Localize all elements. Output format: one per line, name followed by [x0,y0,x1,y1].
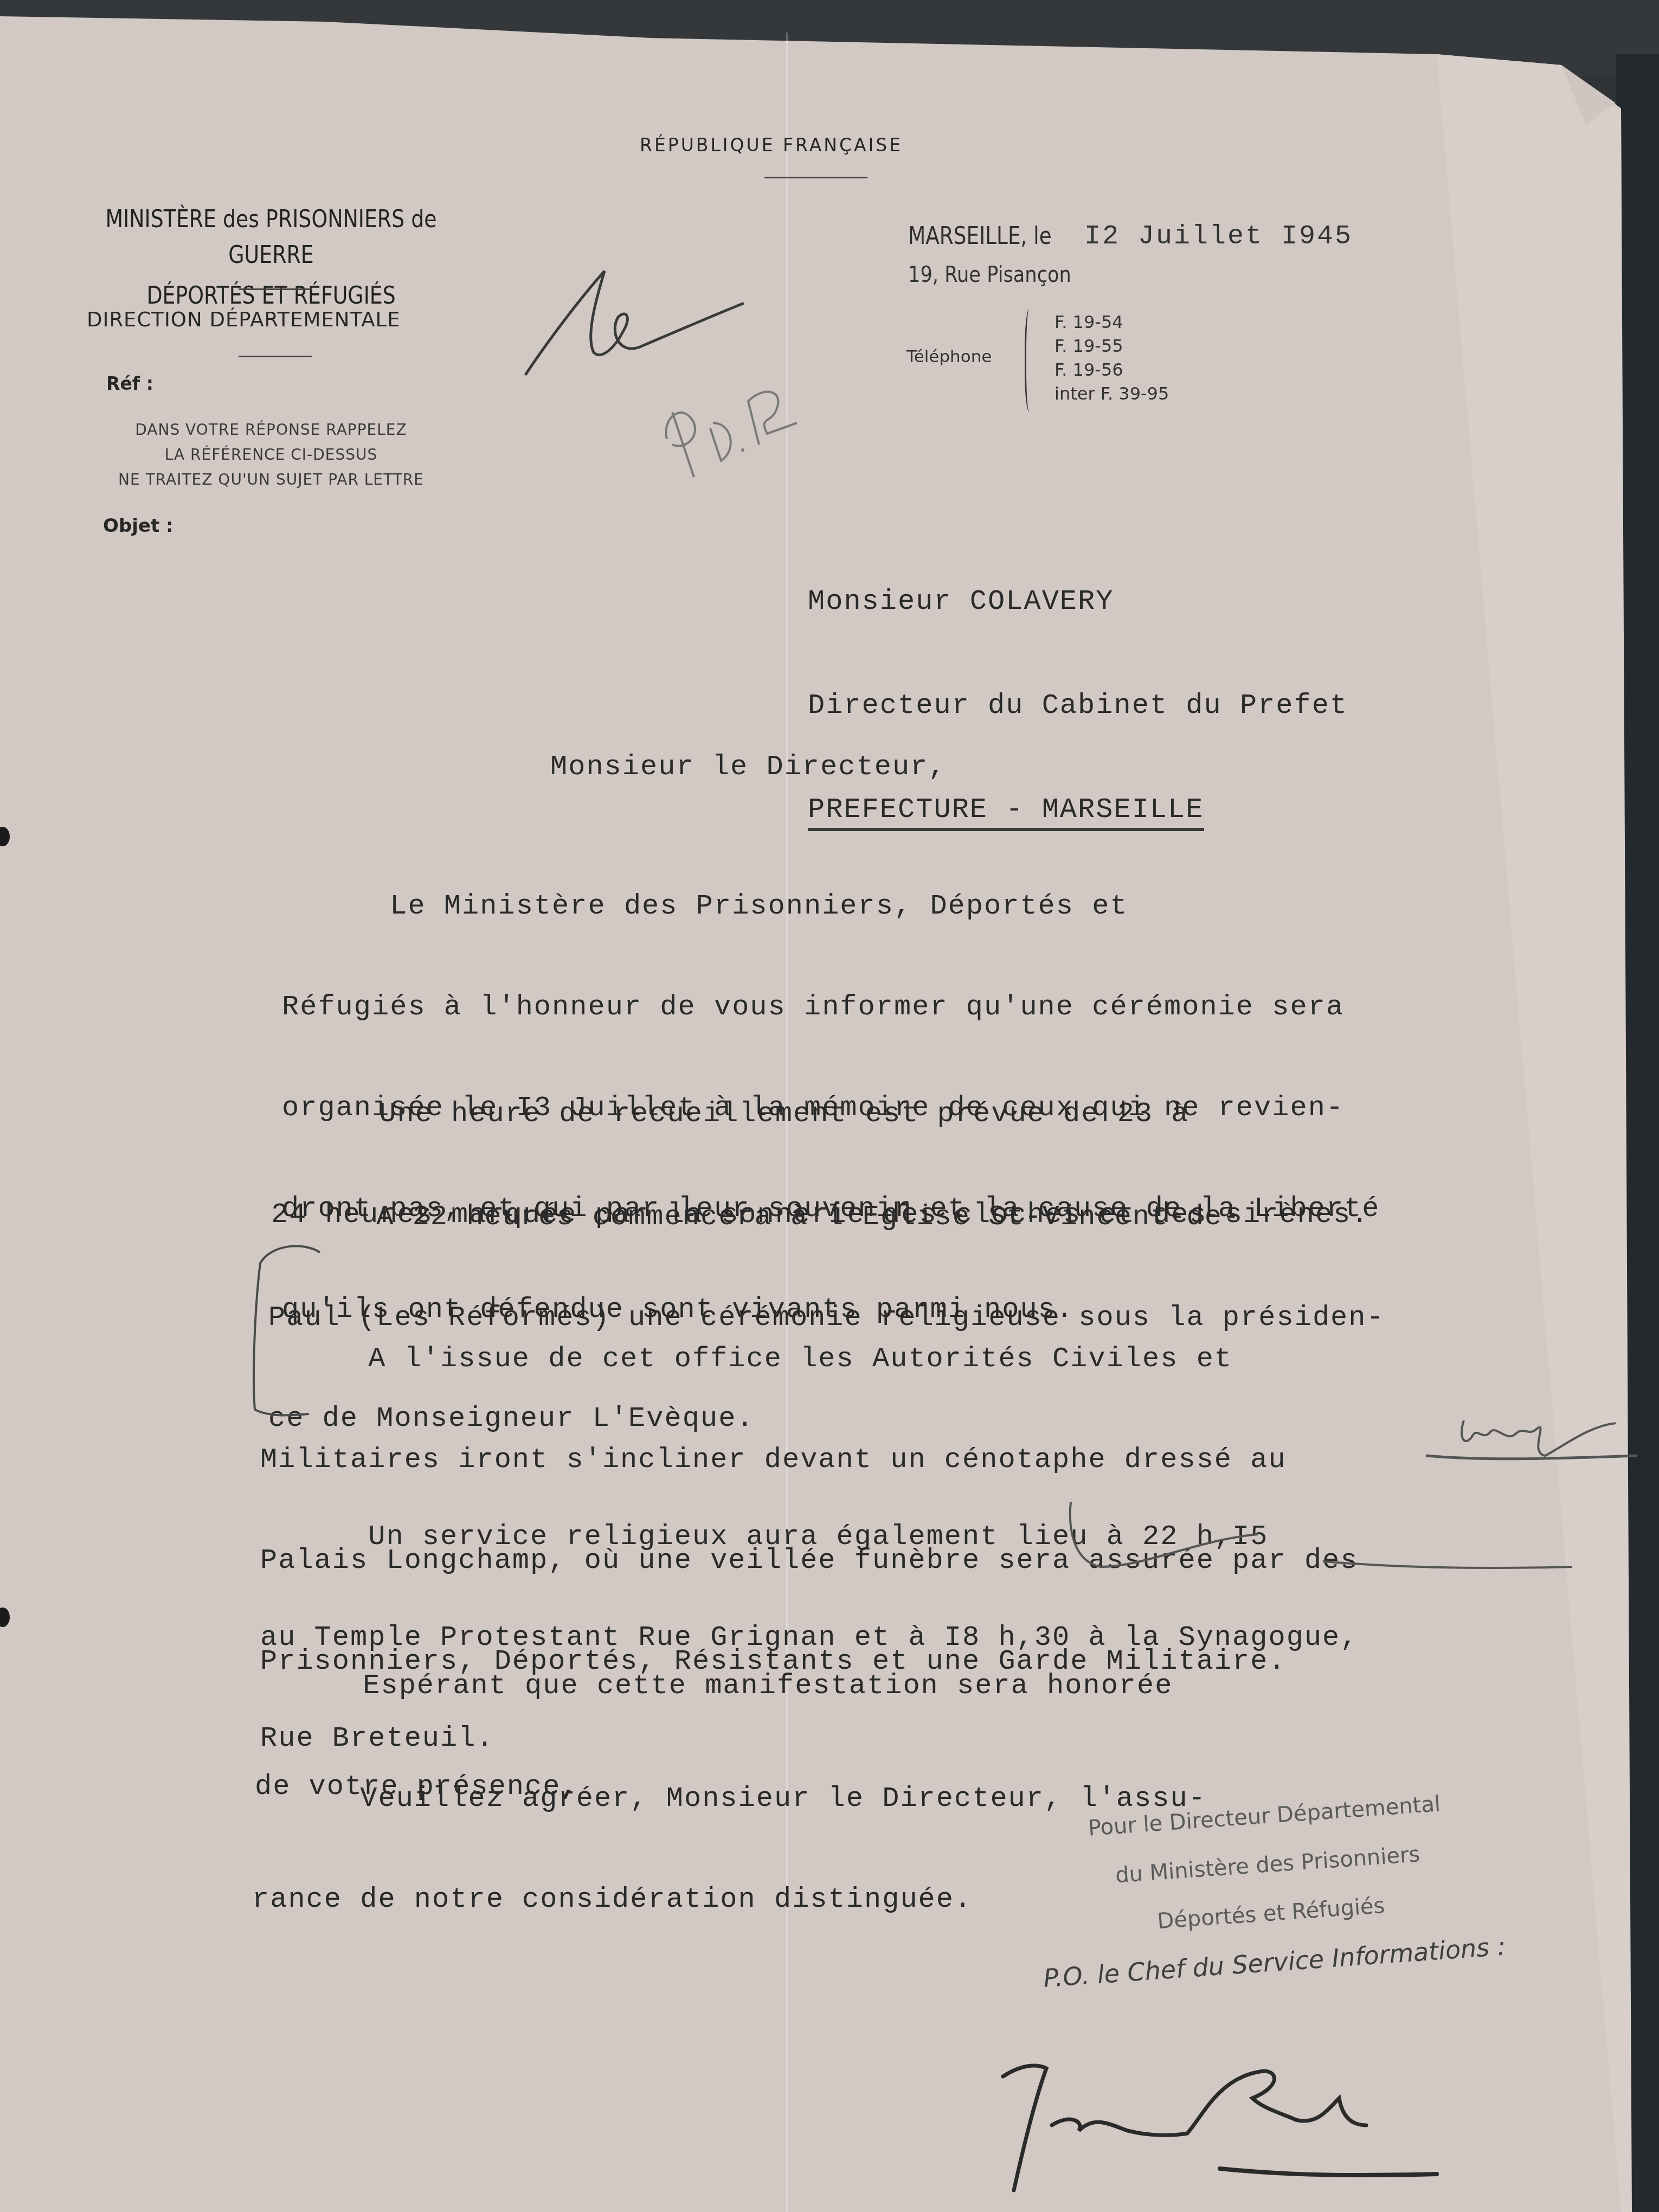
ministry-rule [239,288,312,290]
salutation: Monsieur le Directeur, [550,751,947,783]
handwritten-bracket-mark [239,1242,331,1431]
handwritten-margin-note [1420,1410,1648,1469]
telephone-number: F. 19-55 [1054,334,1169,358]
sender-address: 19, Rue Pisançon [908,262,1071,287]
heading-rule [764,177,867,178]
direction-rule [239,356,312,357]
republic-heading: RÉPUBLIQUE FRANÇAISE [640,134,903,156]
signature-stamp: Pour le Directeur Départemental du Minis… [992,1773,1547,2005]
text-line: A l'issue de cet office les Autorités Ci… [260,1342,1359,1376]
text-line: Espérant que cette manifestation sera ho… [255,1669,1173,1703]
telephone-number: F. 19-56 [1054,358,1169,382]
telephone-label: Téléphone [906,347,992,366]
telephone-number: F. 19-54 [1054,310,1169,334]
reference-label: Réf : [106,373,153,394]
instruction-line: DANS VOTRE RÉPONSE RAPPELEZ [70,417,472,442]
reference-instructions: DANS VOTRE RÉPONSE RAPPELEZ LA RÉFÉRENCE… [70,417,472,492]
instruction-line: NE TRAITEZ QU'UN SUJET PAR LETTRE [70,467,472,492]
brace-icon [1025,309,1036,412]
telephone-number: inter F. 39-95 [1054,382,1169,406]
recipient-block: Monsieur COLAVERY Directeur du Cabinet d… [808,515,1348,862]
text-line: A 22 heures commencera à l'Eglise St-Vin… [268,1200,1385,1234]
subject-label: Objet : [103,515,173,537]
instruction-line: LA RÉFÉRENCE CI-DESSUS [70,442,472,467]
text-line: Réfugiés à l'honneur de vous informer qu… [282,991,1380,1024]
place-prefix: MARSEILLE, le [908,222,1052,250]
ministry-line-1: MINISTÈRE des PRISONNIERS de GUERRE [66,202,477,273]
ministry-name: MINISTÈRE des PRISONNIERS de GUERRE DÉPO… [33,202,510,319]
handwritten-underline-marks [1063,1496,1594,1583]
handwritten-pdr-annotation [651,369,824,493]
letter-date: I2 Juillet I945 [1084,221,1353,252]
recipient-title: Directeur du Cabinet du Prefet [808,689,1348,723]
text-line: Une heure de recueillement est prévue de… [271,1097,1369,1131]
recipient-name: Monsieur COLAVERY [808,584,1348,619]
text-line: Le Ministère des Prisonniers, Déportés e… [282,890,1380,923]
telephone-numbers: F. 19-54 F. 19-55 F. 19-56 inter F. 39-9… [1054,310,1169,406]
direction-label: DIRECTION DÉPARTEMENTALE [87,308,401,331]
handwritten-signature [992,2055,1480,2196]
